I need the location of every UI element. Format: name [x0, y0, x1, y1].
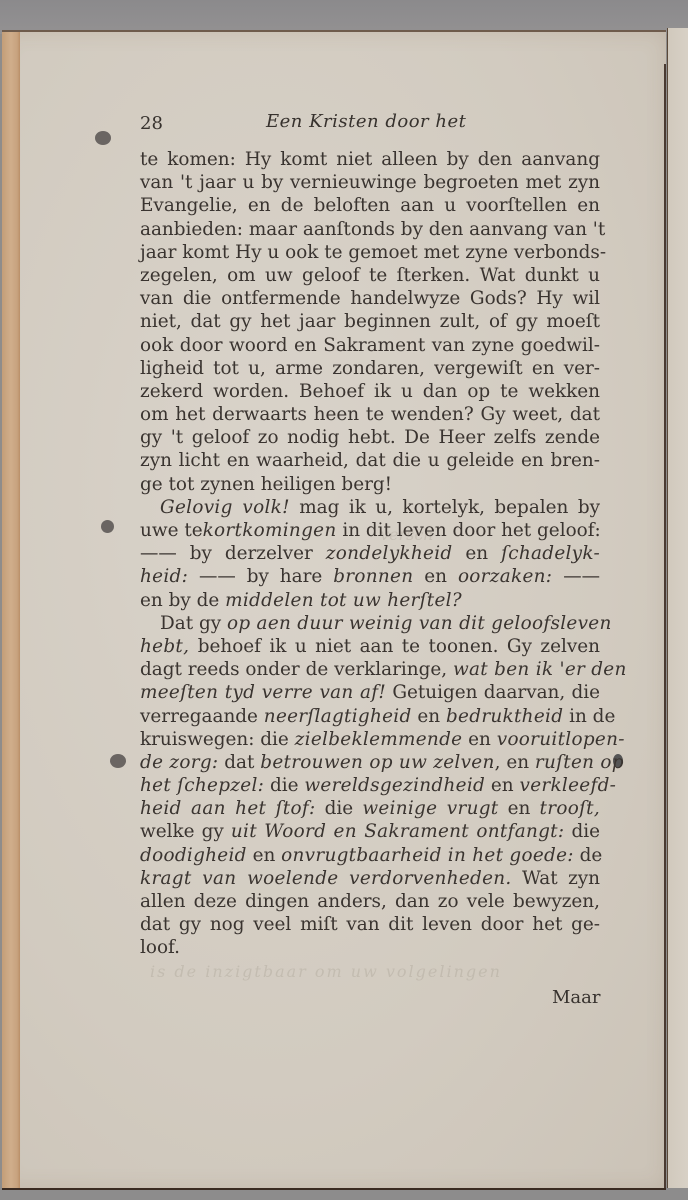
page-number: 28 — [140, 113, 163, 134]
text-line: het ſchepzel: die wereldsgezindheid en v… — [140, 774, 600, 797]
bleed-through-text: is de inzigtbaar om uw volgelingen — [150, 962, 502, 981]
roman-text: en by de — [140, 590, 225, 611]
roman-text: zyn licht en waarheid, dat die u geleide… — [140, 450, 600, 471]
italic-text: wereldsgezindheid — [304, 775, 485, 796]
roman-text: en — [413, 566, 458, 587]
italic-text: middelen tot uw herſtel? — [225, 590, 462, 611]
text-line: dat gy nog veel miſt van dit leven door … — [140, 913, 600, 936]
text-line: niet, dat gy het jaar beginnen zult, of … — [140, 310, 600, 333]
text-line: aanbieden: maar aanſtonds by den aanvang… — [140, 218, 600, 241]
roman-text: uwe te — [140, 520, 203, 541]
text-line: van die ontfermende handelwyze Gods? Hy … — [140, 287, 600, 310]
italic-text: vooruitlopen- — [497, 729, 625, 750]
italic-text: doodigheid — [140, 845, 247, 866]
roman-text: om het derwaarts heen te wenden? Gy weet… — [140, 404, 600, 425]
roman-text: dat gy nog veel miſt van dit leven door … — [140, 914, 600, 935]
italic-text: kragt van woelende verdorvenheden. — [140, 868, 512, 889]
roman-text: mag ik u, kortelyk, bepalen by — [290, 497, 600, 518]
text-line: ook door woord en Sakrament van zyne goe… — [140, 334, 600, 357]
text-line: zegelen, om uw geloof te ſterken. Wat du… — [140, 264, 600, 287]
text-line: meeſten tyd verre van af! Getuigen daarv… — [140, 681, 600, 704]
text-line: Dat gy op aen duur weinig van dit geloof… — [140, 612, 600, 635]
text-line: kragt van woelende verdorvenheden. Wat z… — [140, 867, 600, 890]
italic-text: wat ben ik 'er den — [453, 659, 627, 680]
italic-text: heid: — [140, 566, 188, 587]
binding-hole-mark — [110, 754, 126, 768]
roman-text: die — [264, 775, 304, 796]
roman-text: ook door woord en Sakrament van zyne goe… — [140, 335, 600, 356]
text-line: zekerd worden. Behoef ik u dan op te wek… — [140, 380, 600, 403]
text-line: ge tot zynen heiligen berg! — [140, 473, 600, 496]
text-line: loof. — [140, 936, 600, 959]
italic-text: zondelykheid — [326, 543, 453, 564]
roman-text: kruiswegen: die — [140, 729, 295, 750]
roman-text: in de — [563, 706, 615, 727]
italic-text: trooſt, — [540, 798, 600, 819]
italic-text: weinige vrugt — [362, 798, 498, 819]
roman-text: —— — [552, 566, 600, 587]
text-line: dagt reeds onder de verklaringe, wat ben… — [140, 658, 600, 681]
running-head: 28 Een Kristen door het — [140, 111, 610, 137]
catchword: Maar — [552, 987, 601, 1008]
body-text: te komen: Hy komt niet alleen by den aan… — [140, 148, 600, 960]
italic-text: oorzaken: — [458, 566, 552, 587]
text-line: heid: —— by hare bronnen en oorzaken: —— — [140, 565, 600, 588]
roman-text: allen deze dingen anders, dan zo vele be… — [140, 891, 600, 912]
roman-text: aanbieden: maar aanſtonds by den aanvang… — [140, 219, 605, 240]
roman-text: behoef ik u niet aan te toonen. Gy zelve… — [189, 636, 600, 657]
roman-text: en — [485, 775, 519, 796]
italic-text: het ſchepzel: — [140, 775, 264, 796]
text-line: doodigheid en onvrugtbaarheid in het goe… — [140, 844, 600, 867]
italic-text: Gelovig volk! — [160, 497, 290, 518]
italic-text: betrouwen op uw zelven — [260, 752, 494, 773]
roman-text: en — [452, 543, 501, 564]
running-title: Een Kristen door het — [266, 111, 466, 132]
roman-text: jaar komt Hy u ook te gemoet met zyne ve… — [140, 242, 606, 263]
next-page-edge — [667, 28, 688, 1188]
italic-text: kortkomingen — [203, 520, 337, 541]
page-fore-edge — [664, 64, 666, 1188]
roman-text: ge tot zynen heiligen berg! — [140, 474, 392, 495]
italic-text: heid aan het ſtof: — [140, 798, 315, 819]
roman-text: te komen: Hy komt niet alleen by den aan… — [140, 149, 600, 170]
roman-text: die — [564, 821, 600, 842]
roman-text: zekerd worden. Behoef ik u dan op te wek… — [140, 381, 600, 402]
binding-hole-mark — [95, 131, 111, 145]
roman-text: en — [247, 845, 281, 866]
text-line: om het derwaarts heen te wenden? Gy weet… — [140, 403, 600, 426]
text-line: heid aan het ſtof: die weinige vrugt en … — [140, 797, 600, 820]
italic-text: hebt, — [140, 636, 189, 657]
roman-text: Dat gy — [160, 613, 227, 634]
text-line: —— by derzelver zondelykheid en ſchadely… — [140, 542, 600, 565]
roman-text: verregaande — [140, 706, 264, 727]
italic-text: bedruktheid — [446, 706, 563, 727]
text-line: van 't jaar u by vernieuwinge begroeten … — [140, 171, 600, 194]
italic-text: onvrugtbaarheid in het goede: — [281, 845, 574, 866]
text-line: Evangelie, en de beloften aan u voorſtel… — [140, 194, 600, 217]
italic-text: bronnen — [333, 566, 413, 587]
roman-text: —— by hare — [188, 566, 333, 587]
italic-text: ſchadelyk- — [501, 543, 600, 564]
text-line: jaar komt Hy u ook te gemoet met zyne ve… — [140, 241, 600, 264]
text-line: gy 't geloof zo nodig hebt. De Heer zelf… — [140, 426, 600, 449]
text-line: Gelovig volk! mag ik u, kortelyk, bepale… — [140, 496, 600, 519]
italic-text: ruſten op — [535, 752, 624, 773]
italic-text: de zorg: — [140, 752, 218, 773]
roman-text: welke gy — [140, 821, 231, 842]
roman-text: loof. — [140, 937, 180, 958]
roman-text: Getuigen daarvan, die — [386, 682, 600, 703]
binding-hole-mark — [101, 520, 114, 533]
text-line: en by de middelen tot uw herſtel? — [140, 589, 600, 612]
text-line: hebt, behoef ik u niet aan te toonen. Gy… — [140, 635, 600, 658]
roman-text: en — [462, 729, 496, 750]
roman-text: die — [315, 798, 362, 819]
roman-text: in dit leven door het geloof: — [336, 520, 600, 541]
roman-text: de — [574, 845, 603, 866]
roman-text: en — [498, 798, 539, 819]
roman-text: en — [412, 706, 446, 727]
italic-text: op aen duur weinig van dit geloofsleven — [227, 613, 612, 634]
text-line: welke gy uit Woord en Sakrament ontfangt… — [140, 820, 600, 843]
background-top — [0, 0, 688, 34]
page-gutter-edge — [2, 32, 20, 1188]
text-line: te komen: Hy komt niet alleen by den aan… — [140, 148, 600, 171]
italic-text: uit Woord en Sakrament ontfangt: — [231, 821, 564, 842]
text-line: zyn licht en waarheid, dat die u geleide… — [140, 449, 600, 472]
italic-text: zielbeklemmende — [295, 729, 463, 750]
text-line: kruiswegen: die zielbeklemmende en vooru… — [140, 728, 600, 751]
roman-text: dat — [218, 752, 260, 773]
roman-text: ligheid tot u, arme zondaren, vergewiſt … — [140, 358, 600, 379]
text-line: allen deze dingen anders, dan zo vele be… — [140, 890, 600, 913]
text-line: de zorg: dat betrouwen op uw zelven, en … — [140, 751, 600, 774]
roman-text: van die ontfermende handelwyze Gods? Hy … — [140, 288, 600, 309]
roman-text: gy 't geloof zo nodig hebt. De Heer zelf… — [140, 427, 600, 448]
italic-text: meeſten tyd verre van af! — [140, 682, 386, 703]
italic-text: verkleefd- — [520, 775, 617, 796]
roman-text: niet, dat gy het jaar beginnen zult, of … — [140, 311, 600, 332]
roman-text: dagt reeds onder de verklaringe, — [140, 659, 453, 680]
text-line: verregaande neerſlagtigheid en bedrukthe… — [140, 705, 600, 728]
roman-text: Wat zyn — [512, 868, 600, 889]
roman-text: —— by derzelver — [140, 543, 326, 564]
roman-text: Evangelie, en de beloften aan u voorſtel… — [140, 195, 600, 216]
roman-text: , en — [495, 752, 535, 773]
text-line: ligheid tot u, arme zondaren, vergewiſt … — [140, 357, 600, 380]
roman-text: zegelen, om uw geloof te ſterken. Wat du… — [140, 265, 600, 286]
italic-text: neerſlagtigheid — [264, 706, 412, 727]
text-line: uwe tekortkomingen in dit leven door het… — [140, 519, 600, 542]
roman-text: van 't jaar u by vernieuwinge begroeten … — [140, 172, 600, 193]
